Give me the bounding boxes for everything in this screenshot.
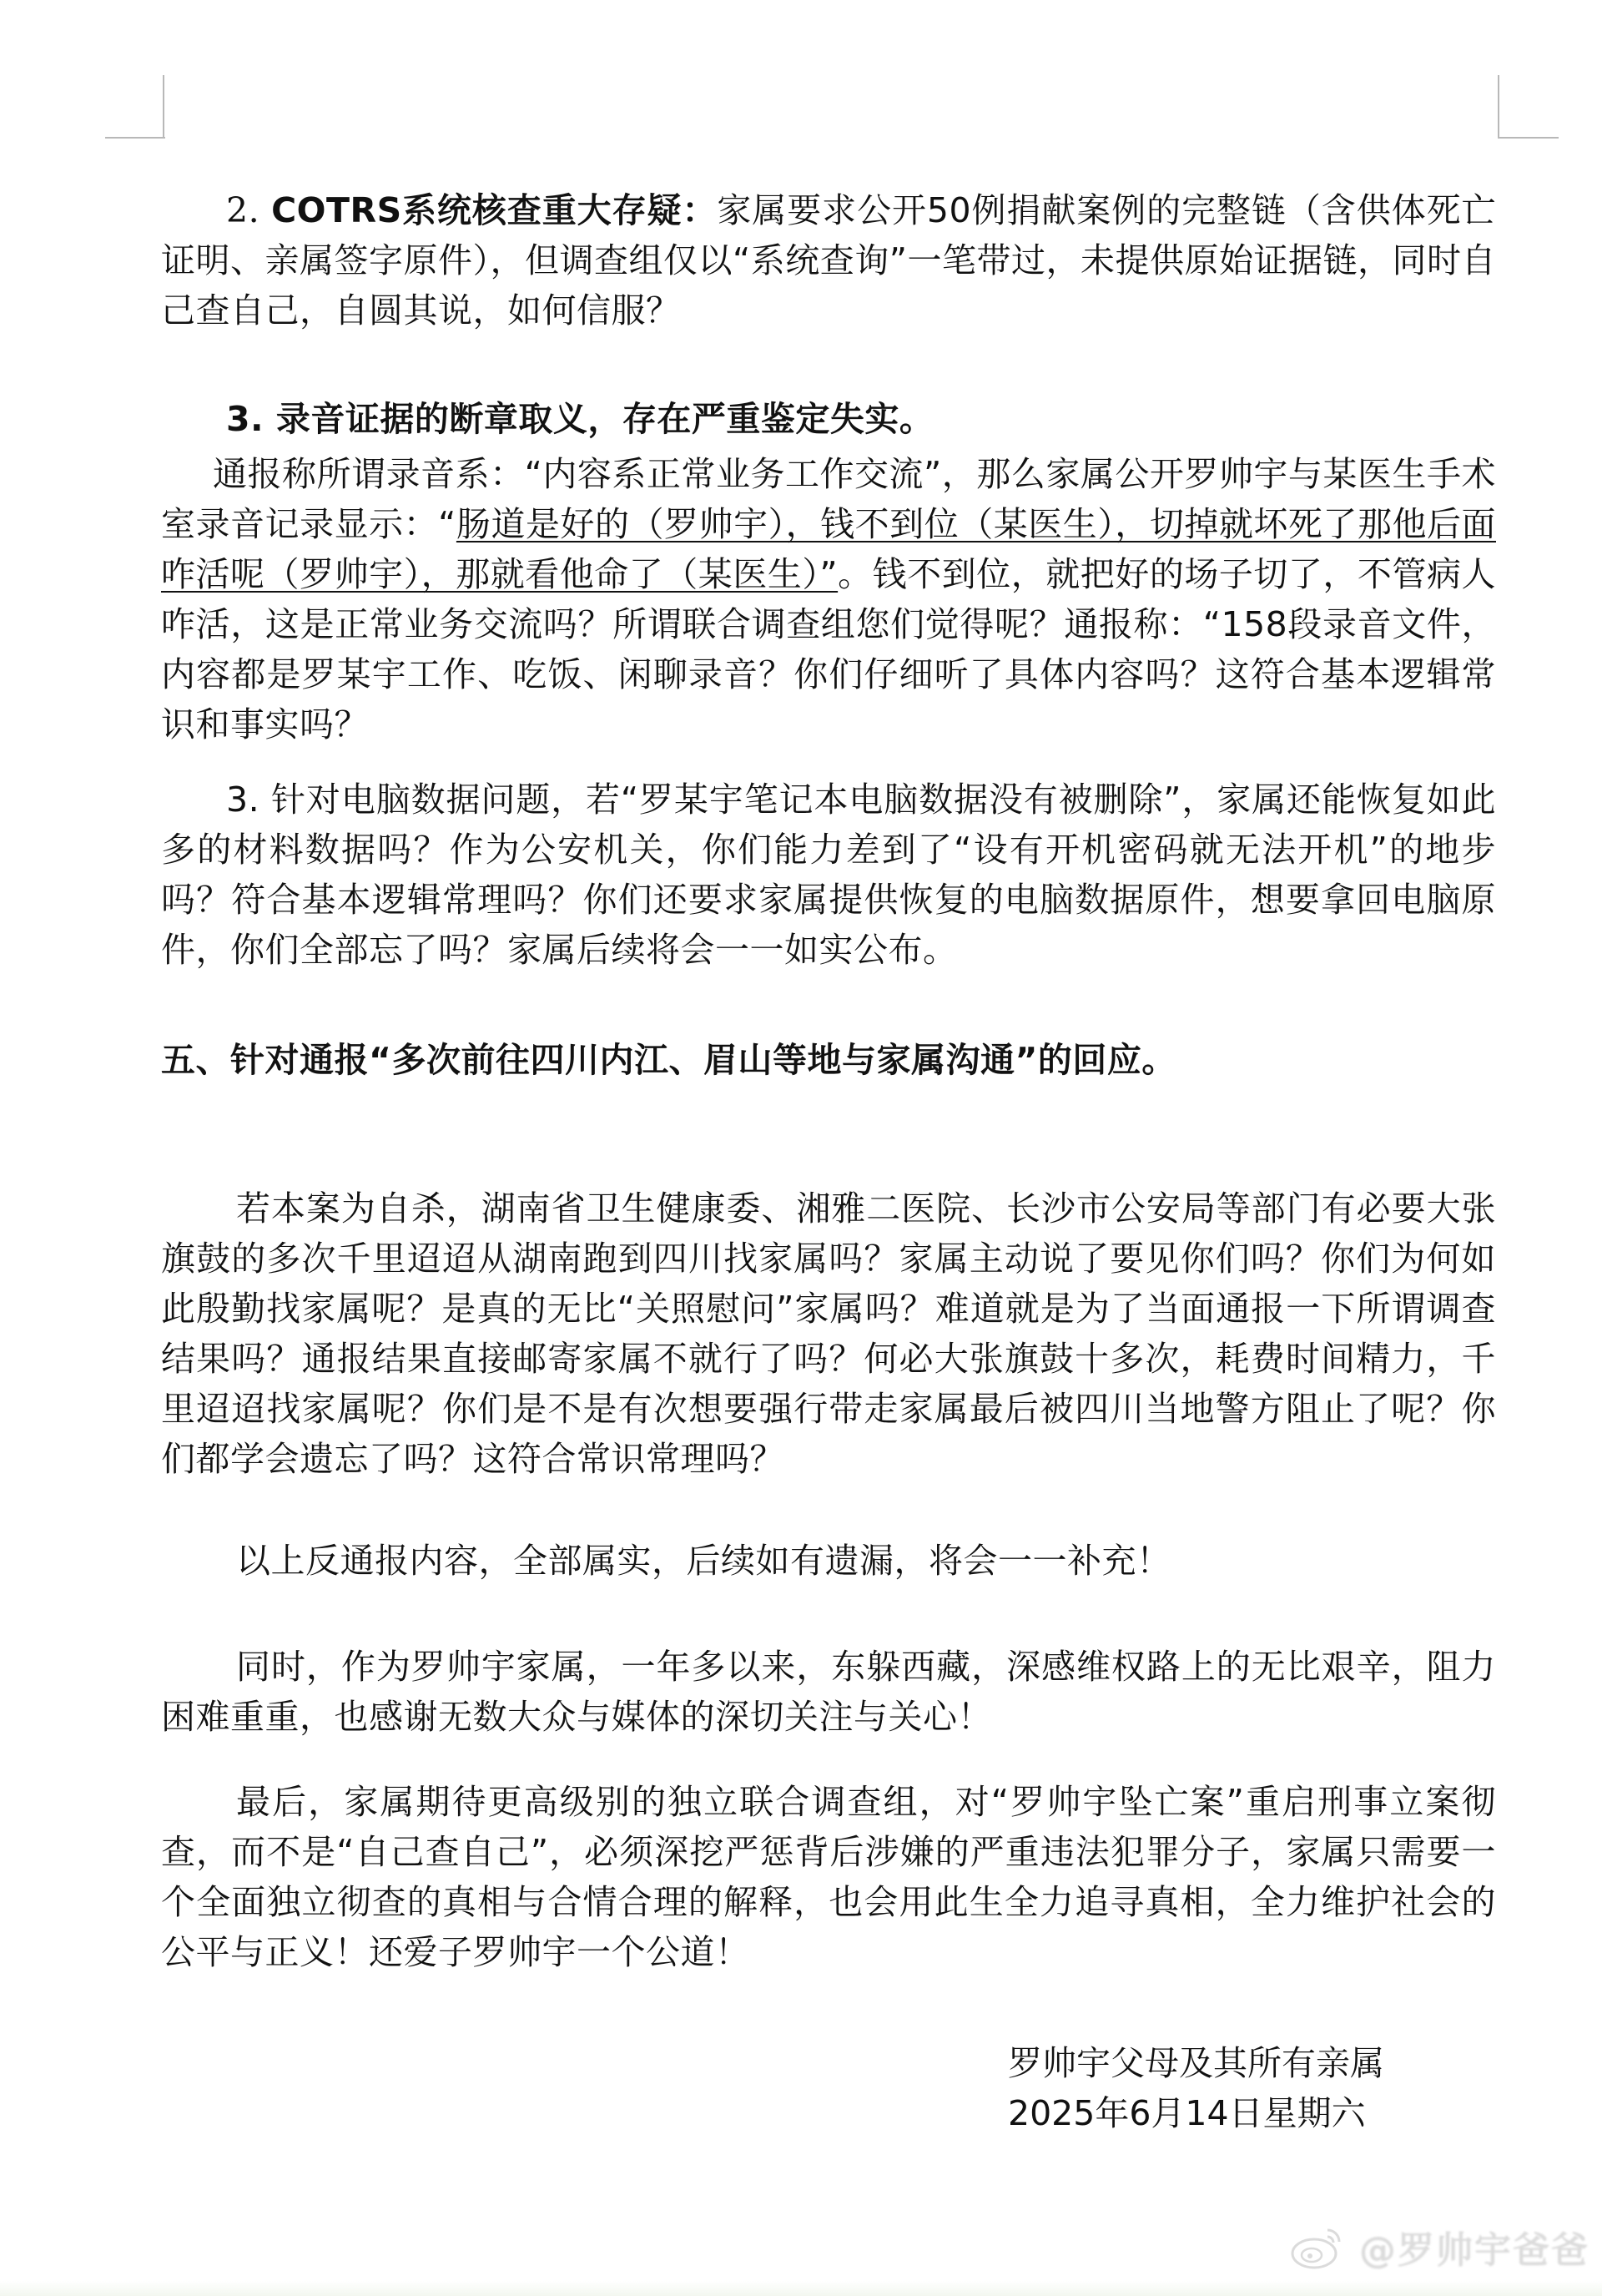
paragraph-closing-2: 同时，作为罗帅宇家属，一年多以来，东躲西藏，深感维权路上的无比艰辛，阻力困难重重… xyxy=(161,1642,1496,1742)
heading-recording-evidence: 3. 录音证据的断章取义，存在严重鉴定失实。 xyxy=(161,394,934,444)
document-page: 2. COTRS系统核查重大存疑：家属要求公开50例捐献案例的完整链（含供体死亡… xyxy=(0,0,1602,2296)
page-bottom-edge xyxy=(0,2281,1602,2296)
signature-block: 罗帅宇父母及其所有亲属 2025年6月14日星期六 xyxy=(1008,2038,1384,2138)
paragraph-closing-3: 最后，家属期待更高级别的独立联合调查组，对“罗帅宇坠亡案”重启刑事立案彻查，而不… xyxy=(161,1777,1496,1977)
paragraph-lead: COTRS系统核查重大存疑： xyxy=(271,190,717,230)
section-5-heading: 五、针对通报“多次前往四川内江、眉山等地与家属沟通”的回应。 xyxy=(161,1035,1176,1085)
paragraph-computer-data: 3. 针对电脑数据问题，若“罗某宇笔记本电脑数据没有被删除”，家属还能恢复如此多… xyxy=(161,775,1496,975)
signer-name: 罗帅宇父母及其所有亲属 xyxy=(1008,2038,1384,2088)
item-number: 3. xyxy=(226,780,259,820)
item-number: 2. xyxy=(226,190,259,230)
paragraph-closing-1: 以上反通报内容，全部属实，后续如有遗漏，将会一一补充！ xyxy=(161,1536,1171,1586)
watermark-text: @罗帅宇爸爸 xyxy=(1359,2220,1589,2273)
weibo-watermark: @罗帅宇爸爸 xyxy=(1289,2220,1589,2273)
paragraph-section-5: 若本案为自杀，湖南省卫生健康委、湘雅二医院、长沙市公安局等部门有必要大张旗鼓的多… xyxy=(161,1183,1496,1484)
weibo-logo-icon xyxy=(1289,2222,1348,2272)
paragraph-text: 针对电脑数据问题，若“罗某宇笔记本电脑数据没有被删除”，家属还能恢复如此多的材料… xyxy=(161,780,1496,970)
paragraph-recording-evidence: 通报称所谓录音系：“内容系正常业务工作交流”，那么家属公开罗帅宇与某医生手术室录… xyxy=(161,449,1496,749)
paragraph-cotrs: 2. COTRS系统核查重大存疑：家属要求公开50例捐献案例的完整链（含供体死亡… xyxy=(161,185,1496,336)
signature-date: 2025年6月14日星期六 xyxy=(1008,2088,1384,2138)
